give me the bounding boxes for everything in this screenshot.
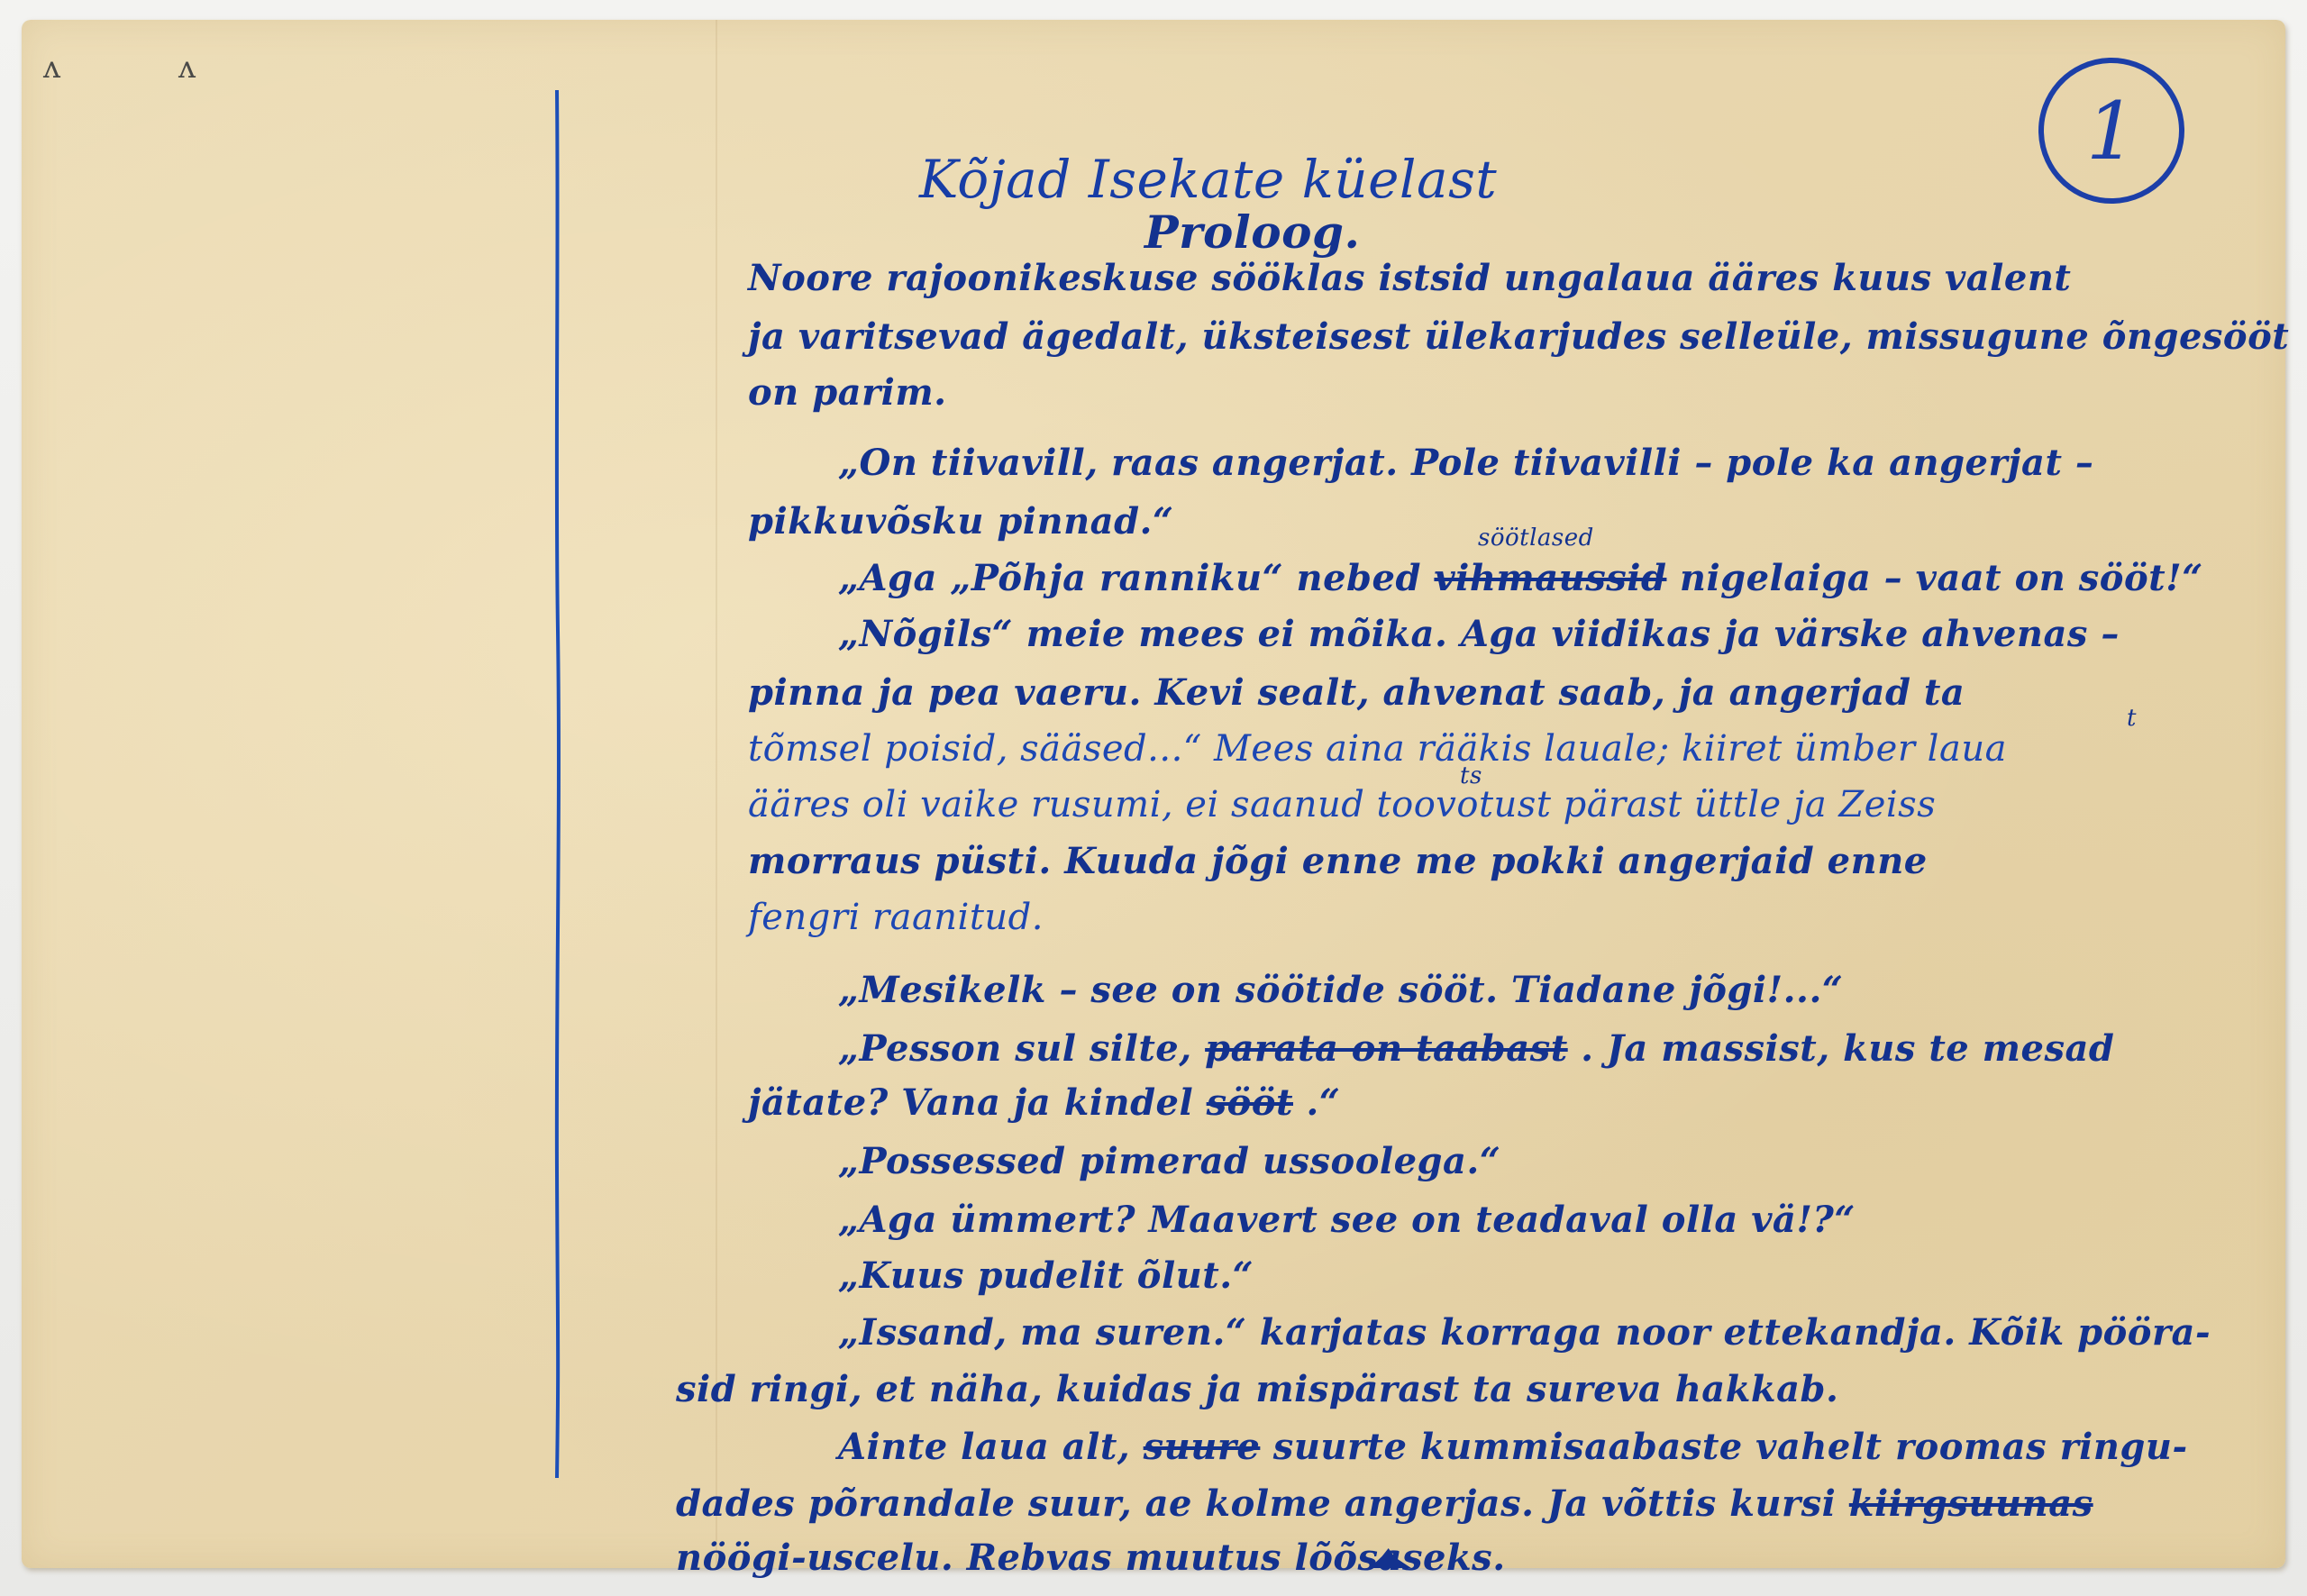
struck-text: vihmaussid [1434, 557, 1666, 599]
line-text: „Possessed pimerad ussoolega.“ [838, 1140, 1500, 1182]
line-text: fengri raanitud. [748, 897, 1044, 938]
line-text: „Aga ümmert? Maavert see on teadaval oll… [838, 1199, 1856, 1241]
line-text: „Issand, ma suren.“ karjatas korraga noo… [838, 1311, 2211, 1354]
struck-text: parata on taabast [1205, 1027, 1568, 1070]
pencil-marks: ʌ ʌ [43, 50, 250, 86]
manuscript-line: jätate? Vana ja kindel sööt .“ [748, 1081, 1340, 1124]
line-text: „On tiivavill, raas angerjat. Pole tiiva… [838, 442, 2093, 484]
manuscript-line: fengri raanitud. [748, 897, 1044, 938]
line-text: Noore rajoonikeskuse sööklas istsid unga… [748, 257, 2071, 299]
line-text: „Nõgils“ meie mees ei mõika. Aga viidika… [838, 613, 2120, 655]
manuscript-line: „Possessed pimerad ussoolega.“ [838, 1140, 1500, 1182]
manuscript-line: ja varitsevad ägedalt, üksteisest ülekar… [748, 315, 2289, 358]
manuscript-line: sid ringi, et näha, kuidas ja mispärast … [676, 1368, 1838, 1410]
manuscript-line: Noore rajoonikeskuse sööklas istsid unga… [748, 257, 2071, 299]
line-text: dades põrandale suur, ae kolme angerjas.… [676, 1482, 1836, 1525]
insertion-above-line: t [2127, 705, 2137, 732]
line-text: pikkuvõsku pinnad.“ [748, 500, 1174, 543]
manuscript-line: dades põrandale suur, ae kolme angerjas.… [676, 1482, 2093, 1525]
line-text-continued: nigelaiga – vaat on sööt!“ [1666, 557, 2202, 599]
line-text-continued: .“ [1293, 1081, 1340, 1124]
scanned-manuscript: ʌ ʌ 1 Kõjad Isekate küelast Proloog. söö… [0, 0, 2307, 1596]
line-text: „Pesson sul silte, [838, 1027, 1192, 1070]
manuscript-line: morraus püsti. Kuuda jõgi enne me pokki … [748, 840, 1928, 882]
line-text: ja varitsevad ägedalt, üksteisest ülekar… [748, 315, 2289, 358]
line-text-continued: . Ja massist, kus te mesad [1568, 1027, 2115, 1070]
line-text: pinna ja pea vaeru. Kevi sealt, ahvenat … [748, 671, 1965, 714]
page-number: 1 [2086, 85, 2137, 178]
manuscript-line: ääres oli vaike rusumi, ei saanud toovot… [748, 784, 1936, 825]
line-text: ääres oli vaike rusumi, ei saanud toovot… [748, 784, 1936, 825]
manuscript-subtitle: Proloog. [1144, 205, 1360, 259]
paper-fold [716, 20, 717, 1568]
line-text: „Aga „Põhja ranniku“ nebed [838, 557, 1421, 599]
insertion-above-line: söötlased [1478, 524, 1594, 552]
manuscript-line: „Pesson sul silte, parata on taabast . J… [838, 1027, 2114, 1070]
manuscript-line: on parim. [748, 371, 947, 414]
line-text: jätate? Vana ja kindel [748, 1081, 1193, 1124]
line-text: „Kuus pudelit õlut.“ [838, 1254, 1254, 1297]
line-text-continued: suurte kummisaabaste vahelt roomas ringu… [1260, 1426, 2187, 1468]
struck-text: suure [1144, 1426, 1261, 1468]
manuscript-line: pinna ja pea vaeru. Kevi sealt, ahvenat … [748, 671, 1965, 714]
manuscript-line: „Aga ümmert? Maavert see on teadaval oll… [838, 1199, 1856, 1241]
manuscript-line: tõmsel poisid, sääsed...“ Mees aina rääk… [748, 728, 2007, 770]
manuscript-line: „On tiivavill, raas angerjat. Pole tiiva… [838, 442, 2093, 484]
manuscript-line: „Kuus pudelit õlut.“ [838, 1254, 1254, 1297]
manuscript-line: „Mesikelk – see on söötide sööt. Tiadane… [838, 969, 1843, 1011]
manuscript-line: „Aga „Põhja ranniku“ nebed vihmaussid ni… [838, 557, 2203, 599]
line-text: tõmsel poisid, sääsed...“ Mees aina rääk… [748, 728, 2007, 770]
line-text: morraus püsti. Kuuda jõgi enne me pokki … [748, 840, 1928, 882]
struck-text: sööt [1207, 1081, 1293, 1124]
margin-line [553, 90, 561, 1478]
manuscript-title: Kõjad Isekate küelast [919, 149, 1497, 210]
struck-text: kiirgsuunas [1849, 1482, 2093, 1525]
manuscript-line: „Nõgils“ meie mees ei mõika. Aga viidika… [838, 613, 2120, 655]
line-text: sid ringi, et näha, kuidas ja mispärast … [676, 1368, 1838, 1410]
manuscript-line: Ainte laua alt, suure suurte kummisaabas… [838, 1426, 2188, 1468]
line-text: Ainte laua alt, [838, 1426, 1130, 1468]
line-text: on parim. [748, 371, 947, 414]
manuscript-line: pikkuvõsku pinnad.“ [748, 500, 1174, 543]
manuscript-line: „Issand, ma suren.“ karjatas korraga noo… [838, 1311, 2211, 1354]
line-text: „Mesikelk – see on söötide sööt. Tiadane… [838, 969, 1843, 1011]
